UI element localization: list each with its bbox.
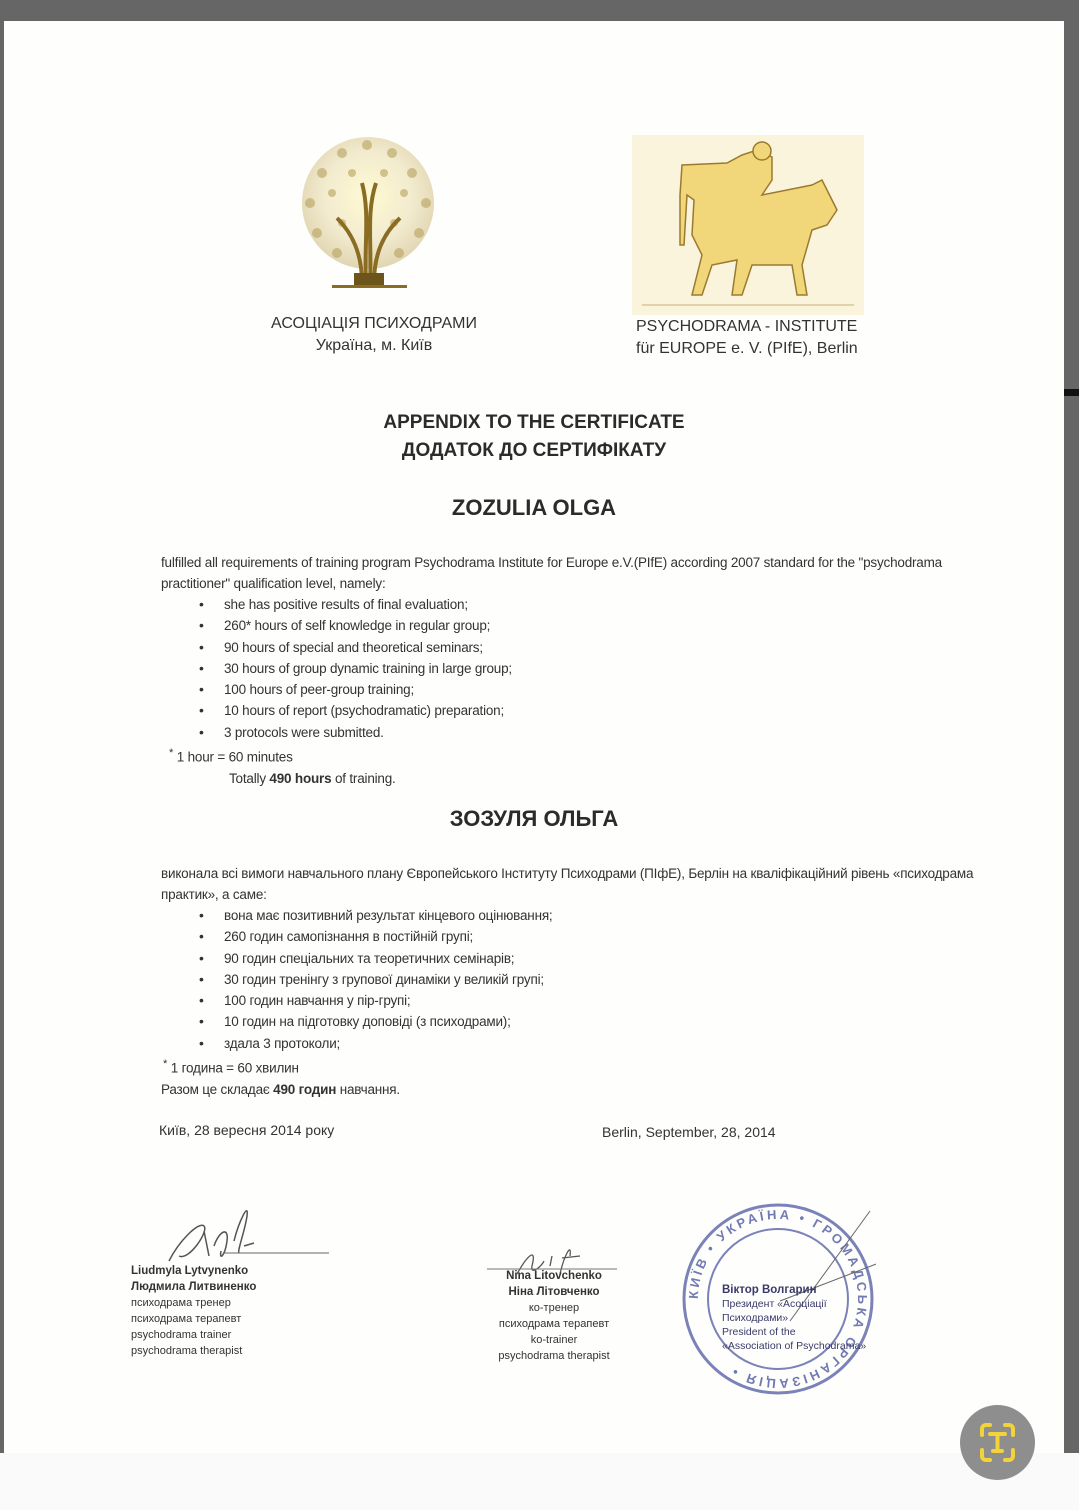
total-hours: 490 hours xyxy=(269,771,331,786)
list-item: 3 protocols were submitted. xyxy=(161,722,1001,743)
signatory-left: Liudmyla Lytvynenko Людмила Литвиненко п… xyxy=(131,1263,331,1359)
signatory-left-role: psychodrama trainer xyxy=(131,1329,231,1341)
signature-left-icon xyxy=(159,1201,339,1271)
signatory-middle-role: psychodrama therapist xyxy=(498,1350,609,1362)
list-item: 10 hours of report (psychodramatic) prep… xyxy=(161,700,1001,721)
list-item: 260* hours of self knowledge in regular … xyxy=(161,615,1001,636)
stamp-line: Президент «Асоціації xyxy=(722,1298,827,1310)
text-recognition-icon xyxy=(960,1405,1035,1480)
viewer-right-edge xyxy=(1064,21,1079,1453)
title-uk: ДОДАТОК ДО СЕРТИФІКАТУ xyxy=(4,438,1064,464)
europa-bull-icon xyxy=(632,135,864,315)
list-item: 90 hours of special and theoretical semi… xyxy=(161,637,1001,658)
stamp-center-text: Віктор Волгарин Президент «Асоціації Пси… xyxy=(722,1283,932,1353)
signatory-middle-role: ко-тренер xyxy=(529,1302,579,1314)
org-right: PSYCHODRAMA - INSTITUTE für EUROPE e. V.… xyxy=(636,316,936,360)
recipient-name-en: ZOZULIA OLGA xyxy=(4,495,1064,521)
total-suffix: of training. xyxy=(331,771,395,786)
date-kyiv: Київ, 28 вересня 2014 року xyxy=(159,1122,334,1138)
english-footnote-text: 1 hour = 60 minutes xyxy=(177,750,293,765)
stamp-line: Віктор Волгарин xyxy=(722,1284,817,1296)
signatory-left-role: психодрама тренер xyxy=(131,1297,231,1309)
recipient-name-uk: ЗОЗУЛЯ ОЛЬГА xyxy=(4,806,1064,832)
list-item: 30 hours of group dynamic training in la… xyxy=(161,658,1001,679)
english-requirements-list: she has positive results of final evalua… xyxy=(161,594,1001,743)
list-item: здала 3 протоколи; xyxy=(161,1033,1001,1054)
list-item: she has positive results of final evalua… xyxy=(161,594,1001,615)
ukrainian-intro: виконала всі вимоги навчального плану Єв… xyxy=(161,863,1001,905)
stamp-line: President of the xyxy=(722,1326,796,1338)
list-item: вона має позитивний результат кінцевого … xyxy=(161,905,1001,926)
stamp-line: Психодрами» xyxy=(722,1312,788,1324)
list-item: 100 hours of peer-group training; xyxy=(161,679,1001,700)
viewer-top-bar xyxy=(0,0,1079,21)
tree-logo-icon xyxy=(292,133,442,298)
org-right-location: für EUROPE e. V. (PIfE), Berlin xyxy=(636,338,936,360)
total-prefix: Totally xyxy=(229,771,269,786)
english-footnote: * 1 hour = 60 minutes xyxy=(169,743,1001,768)
stamp-line: «Association of Psychodrama» xyxy=(722,1340,866,1352)
date-berlin: Berlin, September, 28, 2014 xyxy=(602,1124,776,1140)
total-hours: 490 годин xyxy=(273,1082,336,1097)
signatory-middle: Nina Litovchenko Ніна Літовченко ко-трен… xyxy=(464,1268,644,1364)
edge-marker xyxy=(1064,389,1079,396)
ukrainian-total: Разом це складає 490 годин навчання. xyxy=(161,1079,1001,1100)
title-en: APPENDIX TO THE CERTIFICATE xyxy=(4,410,1064,436)
english-intro: fulfilled all requirements of training p… xyxy=(161,552,1001,594)
list-item: 10 годин на підготовку доповіді (з психо… xyxy=(161,1011,1001,1032)
list-item: 260 годин самопізнання в постійній групі… xyxy=(161,926,1001,947)
org-left-location: Україна, м. Київ xyxy=(214,335,534,357)
org-left-name: АСОЦІАЦІЯ ПСИХОДРАМИ xyxy=(214,313,534,335)
list-item: 90 годин спеціальних та теоретичних семі… xyxy=(161,948,1001,969)
signatory-left-role: psychodrama therapist xyxy=(131,1345,242,1357)
org-left: АСОЦІАЦІЯ ПСИХОДРАМИ Україна, м. Київ xyxy=(214,313,534,357)
signatory-left-name-uk: Людмила Литвиненко xyxy=(131,1281,256,1293)
ukrainian-footnote-text: 1 година = 60 хвилин xyxy=(171,1061,299,1076)
viewer-bottom-area xyxy=(0,1453,1079,1510)
total-suffix: навчання. xyxy=(336,1082,400,1097)
list-item: 30 годин тренінгу з групової динаміки у … xyxy=(161,969,1001,990)
signatory-middle-name-en: Nina Litovchenko xyxy=(506,1270,602,1282)
signatory-middle-role: ko-trainer xyxy=(531,1334,577,1346)
certificate-document: АСОЦІАЦІЯ ПСИХОДРАМИ Україна, м. Київ PS… xyxy=(4,21,1064,1453)
list-item: 100 годин навчання у пір-групі; xyxy=(161,990,1001,1011)
english-section: fulfilled all requirements of training p… xyxy=(161,552,1001,789)
live-text-button[interactable] xyxy=(960,1405,1035,1480)
signatory-left-role: психодрама терапевт xyxy=(131,1313,241,1325)
ukrainian-requirements-list: вона має позитивний результат кінцевого … xyxy=(161,905,1001,1054)
org-right-name: PSYCHODRAMA - INSTITUTE xyxy=(636,316,936,338)
ukrainian-footnote: * 1 година = 60 хвилин xyxy=(163,1054,1001,1079)
english-total: Totally 490 hours of training. xyxy=(229,768,1001,789)
signatory-left-name-en: Liudmyla Lytvynenko xyxy=(131,1265,248,1277)
total-prefix: Разом це складає xyxy=(161,1082,273,1097)
ukrainian-section: виконала всі вимоги навчального плану Єв… xyxy=(161,863,1001,1100)
europa-bull-logo xyxy=(632,135,864,315)
signatory-middle-role: психодрама терапевт xyxy=(499,1318,609,1330)
signatory-middle-name-uk: Ніна Літовченко xyxy=(508,1286,599,1298)
